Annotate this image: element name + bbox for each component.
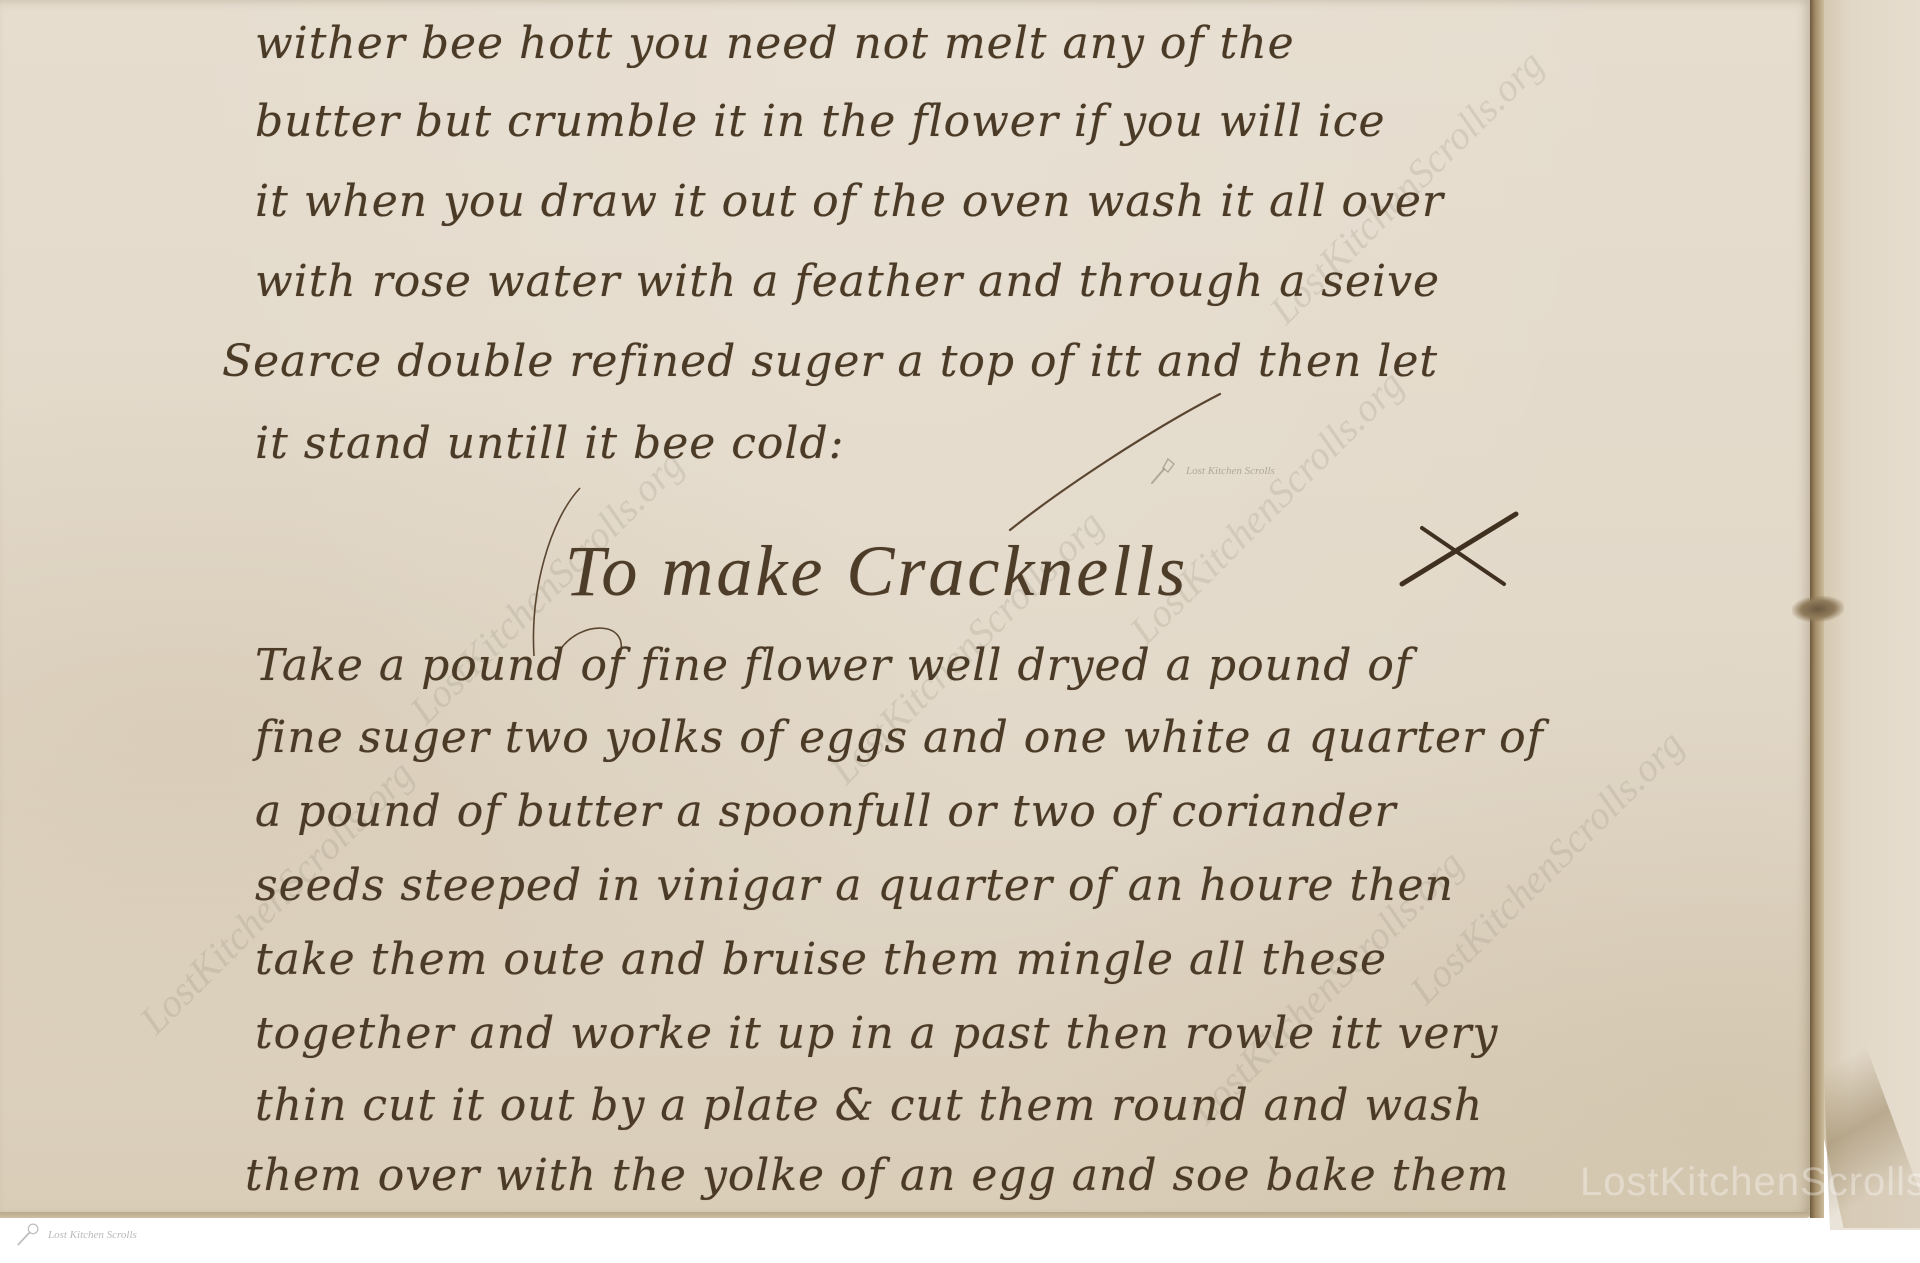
recipe-line: thin cut it out by a plate & cut them ro… xyxy=(255,1080,1483,1131)
footer-logo-label: Lost Kitchen Scrolls xyxy=(48,1229,137,1241)
recipe-line: take them oute and bruise them mingle al… xyxy=(255,934,1387,985)
manuscript-scan: LostKitchenScrolls.org LostKitchenScroll… xyxy=(0,0,1920,1263)
text-line: with rose water with a feather and throu… xyxy=(255,256,1440,307)
recipe-line: a pound of butter a spoonfull or two of … xyxy=(255,786,1397,837)
recipe-line: seeds steeped in vinigar a quarter of an… xyxy=(255,860,1454,911)
spatula-icon xyxy=(14,1222,40,1248)
recipe-line: Take a pound of fine flower well dryed a… xyxy=(255,640,1412,691)
footer-logo: Lost Kitchen Scrolls xyxy=(14,1222,137,1248)
text-line: Searce double refined suger a top of itt… xyxy=(222,336,1438,387)
text-line: it stand untill it bee cold: xyxy=(255,418,844,469)
binding-stitch xyxy=(1791,594,1845,624)
recipe-line: them over with the yolke of an egg and s… xyxy=(245,1150,1509,1201)
cross-mark-icon xyxy=(1392,510,1522,590)
recipe-title: To make Cracknells xyxy=(565,530,1188,613)
recipe-line: fine suger two yolks of eggs and one whi… xyxy=(255,712,1544,763)
text-line: it when you draw it out of the oven wash… xyxy=(255,176,1444,227)
recipe-line: together and worke it up in a past then … xyxy=(255,1008,1498,1059)
text-line: butter but crumble it in the flower if y… xyxy=(255,96,1385,147)
page-bottom-edge xyxy=(0,1212,1812,1218)
text-line: wither bee hott you need not melt any of… xyxy=(255,18,1295,69)
pen-stroke-line xyxy=(990,390,1230,540)
watermark-text-bottom: LostKitchenScrolls.org xyxy=(1580,1160,1920,1205)
